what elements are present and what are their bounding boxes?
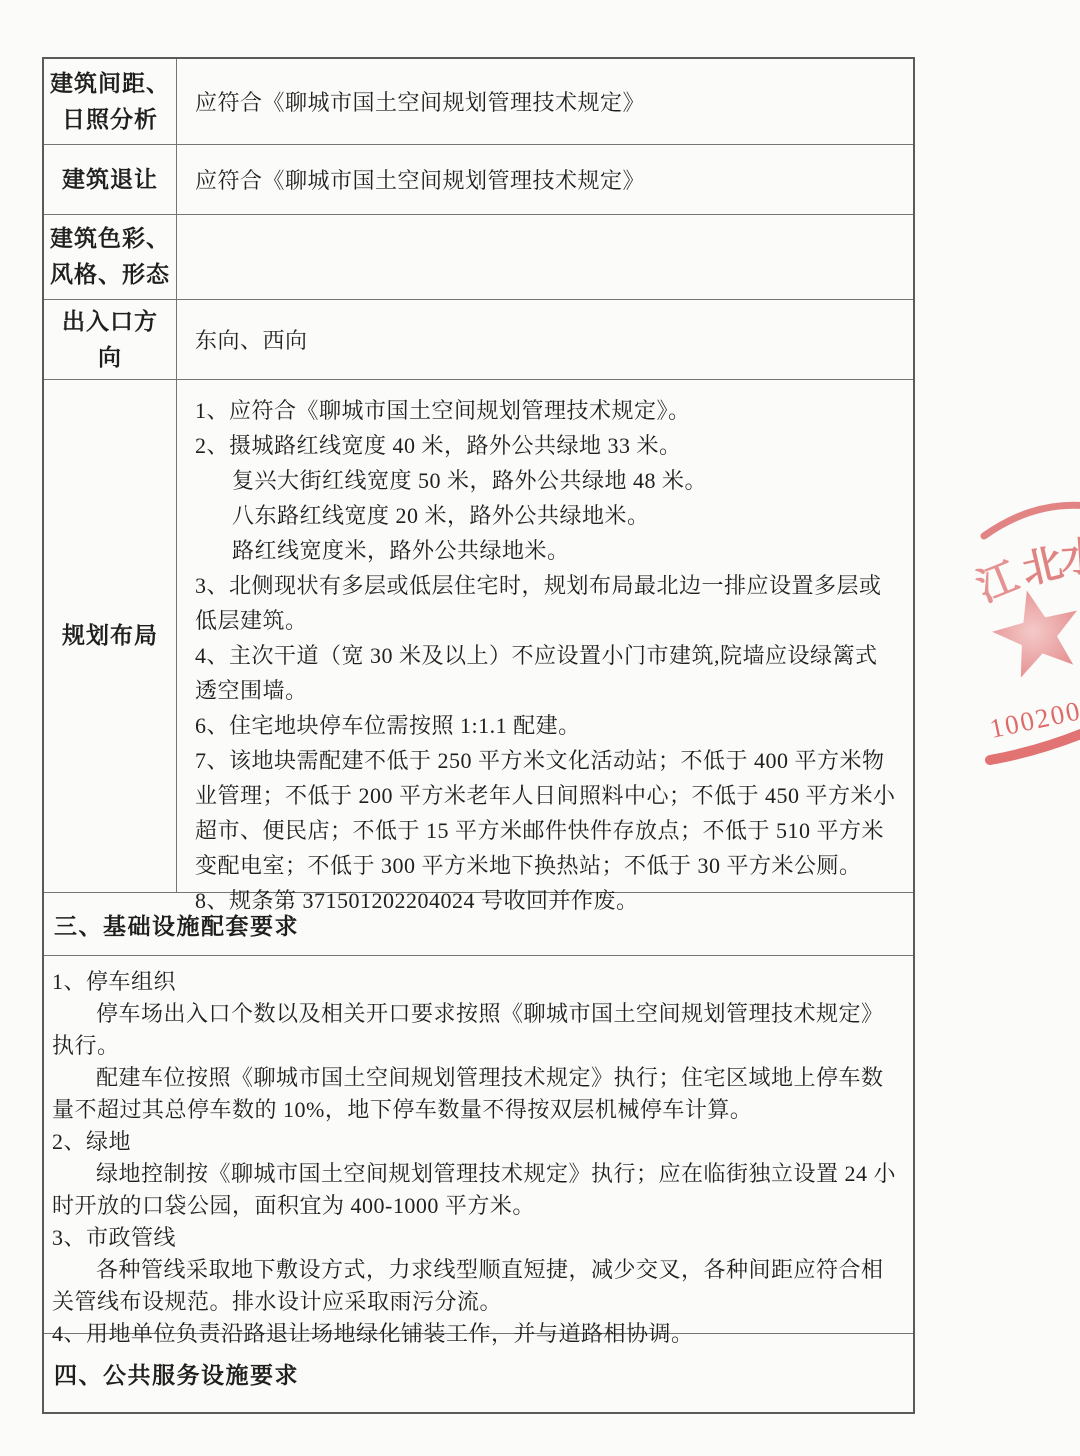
infra-paragraph: 3、市政管线 — [52, 1222, 905, 1254]
value-text: 东向、西向 — [195, 324, 308, 355]
planning-item: 2、摄城路红线宽度 40 米，路外公共绿地 33 米。 — [195, 428, 899, 463]
table-row: 建筑退让 应符合《聊城市国土空间规划管理技术规定》 — [44, 144, 913, 214]
label-line: 日照分析 — [62, 102, 158, 138]
label-line: 建筑退让 — [62, 162, 158, 198]
document-page: 建筑间距、 日照分析 应符合《聊城市国土空间规划管理技术规定》 建筑退让 应符合… — [0, 0, 1080, 1456]
row-label-building-setback: 建筑退让 — [44, 145, 177, 214]
label-line: 建筑色彩、 — [50, 221, 170, 257]
infra-paragraph: 各种管线采取地下敷设方式，力求线型顺直短捷，减少交叉，各种间距应符合相关管线布设… — [52, 1254, 905, 1318]
label-line: 规划布局 — [62, 618, 158, 654]
planning-item: 7、该地块需配建不低于 250 平方米文化活动站；不低于 400 平方米物业管理… — [195, 743, 899, 883]
infra-paragraph: 配建车位按照《聊城市国土空间规划管理技术规定》执行；住宅区域地上停车数量不超过其… — [52, 1062, 905, 1126]
label-line: 出入口方 — [62, 304, 158, 340]
seal-rim-top-arc — [984, 505, 1080, 536]
row-label-building-color-style: 建筑色彩、 风格、形态 — [44, 215, 177, 299]
infra-paragraph: 1、停车组织 — [52, 966, 905, 998]
planning-conditions-table: 建筑间距、 日照分析 应符合《聊城市国土空间规划管理技术规定》 建筑退让 应符合… — [42, 57, 915, 1414]
label-line: 向 — [98, 340, 122, 376]
table-row: 建筑间距、 日照分析 应符合《聊城市国土空间规划管理技术规定》 — [44, 59, 913, 144]
planning-item: 4、主次干道（宽 30 米及以上）不应设置小门市建筑,院墙应设绿篱式透空围墙。 — [195, 638, 899, 708]
row-label-entrance-direction: 出入口方 向 — [44, 300, 177, 379]
infra-paragraph: 4、用地单位负责沿路退让场地绿化铺装工作，并与道路相协调。 — [52, 1318, 905, 1350]
infrastructure-content: 1、停车组织 停车场出入口个数以及相关开口要求按照《聊城市国土空间规划管理技术规… — [44, 956, 913, 1333]
section-header-text: 三、基础设施配套要求 — [54, 908, 299, 941]
label-line: 建筑间距、 — [50, 66, 170, 102]
row-value: 应符合《聊城市国土空间规划管理技术规定》 — [177, 59, 913, 144]
row-value: 东向、西向 — [177, 300, 913, 379]
row-value-empty — [177, 215, 913, 299]
planning-item-subline: 复兴大街红线宽度 50 米，路外公共绿地 48 米。 — [195, 463, 899, 498]
row-value: 应符合《聊城市国土空间规划管理技术规定》 — [177, 145, 913, 214]
row-label-building-spacing: 建筑间距、 日照分析 — [44, 59, 177, 144]
infra-paragraph: 停车场出入口个数以及相关开口要求按照《聊城市国土空间规划管理技术规定》执行。 — [52, 998, 905, 1062]
value-text: 应符合《聊城市国土空间规划管理技术规定》 — [195, 164, 645, 195]
value-text: 应符合《聊城市国土空间规划管理技术规定》 — [195, 86, 645, 117]
table-row-infrastructure: 1、停车组织 停车场出入口个数以及相关开口要求按照《聊城市国土空间规划管理技术规… — [44, 955, 913, 1333]
planning-layout-content: 1、应符合《聊城市国土空间规划管理技术规定》。 2、摄城路红线宽度 40 米，路… — [177, 380, 913, 892]
planning-item: 1、应符合《聊城市国土空间规划管理技术规定》。 — [195, 393, 899, 428]
seal-arc-character: 水 — [1059, 533, 1080, 581]
infra-paragraph: 2、绿地 — [52, 1126, 905, 1158]
section-header-text: 四、公共服务设施要求 — [54, 1357, 299, 1390]
row-label-planning-layout: 规划布局 — [44, 380, 177, 892]
infra-paragraph: 绿地控制按《聊城市国土空间规划管理技术规定》执行；应在临街独立设置 24 小时开… — [52, 1158, 905, 1222]
planning-item-subline: 八东路红线宽度 20 米，路外公共绿地米。 — [195, 498, 899, 533]
planning-item: 8、规条第 371501202204024 号收回并作废。 — [195, 883, 899, 918]
planning-item-subline: 路红线宽度米，路外公共绿地米。 — [195, 533, 899, 568]
table-row: 出入口方 向 东向、西向 — [44, 299, 913, 379]
label-line: 风格、形态 — [50, 257, 170, 293]
official-seal: 江 北 水 10020025 — [950, 470, 1080, 800]
seal-arc-character: 江 — [971, 554, 1025, 611]
table-row: 建筑色彩、 风格、形态 — [44, 214, 913, 299]
planning-item: 6、住宅地块停车位需按照 1:1.1 配建。 — [195, 708, 899, 743]
table-row-planning-layout: 规划布局 1、应符合《聊城市国土空间规划管理技术规定》。 2、摄城路红线宽度 4… — [44, 379, 913, 892]
planning-item: 3、北侧现状有多层或低层住宅时，规划布局最北边一排应设置多层或低层建筑。 — [195, 568, 899, 638]
